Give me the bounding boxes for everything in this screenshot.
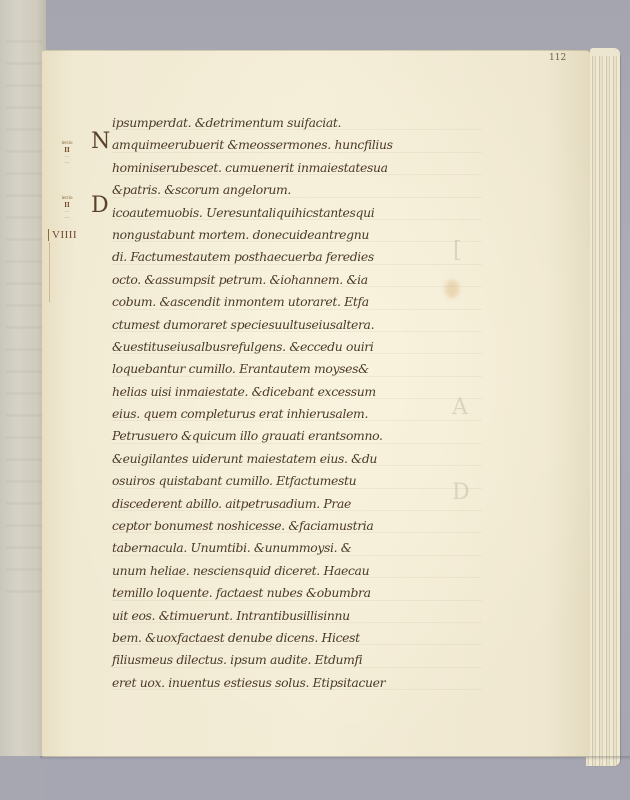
text-line: filiusmeus dilectus. ipsum audite. Etdum… [112,649,442,671]
text-line: nongustabunt mortem. donecuideantregnu [112,224,442,246]
margin-note-text: ... [46,160,88,166]
decorated-initial: N [91,131,110,153]
text-line: eret uox. inuentus estiesus solus. Etips… [112,672,442,694]
text-line: cobum. &ascendit inmontem utoraret. Etfa [112,291,442,313]
margin-note: lectio II ... ... [46,196,88,221]
margin-note-numeral: II [46,147,88,154]
text-line: &uestituseiusalbusrefulgens. &eccedu oui… [112,336,442,358]
text-line: unum heliae. nesciensquid diceret. Haeca… [112,560,442,582]
margin-note-text: ... [46,215,88,221]
text-line: hominiserubescet. cumuenerit inmaiestate… [112,157,442,179]
text-line: bem. &uoxfactaest denube dicens. Hicest [112,627,442,649]
text-line: Petrusuero &quicum illo grauati erantsom… [112,425,442,447]
left-facing-page [0,0,46,800]
manuscript-scan: 112 lectio II ... ... lectio II ... ... … [0,0,630,800]
text-line: amquimeerubuerit &meossermones. huncfili… [112,134,442,156]
decorated-initial: D [91,195,109,217]
text-line: discederent abillo. aitpetrusadium. Prae [112,493,442,515]
text-line: &euigilantes uiderunt maiestatem eius. &… [112,448,442,470]
text-line: osuiros quistabant cumillo. Etfactumestu [112,470,442,492]
text-line: eius. quem completurus erat inhierusalem… [112,403,442,425]
text-line: temillo loquente. factaest nubes &obumbr… [112,582,442,604]
show-through-letter: D [452,480,470,505]
folio-number: 112 [549,53,566,63]
margin-note: lectio II ... ... [46,141,88,166]
margin-note-numeral: II [46,202,88,209]
margin-rule [49,242,50,302]
text-column: ipsumperdat. &detrimentum suifaciat. amq… [112,112,442,694]
text-line: ipsumperdat. &detrimentum suifaciat. [112,112,442,134]
text-line: icoautemuobis. Ueresuntaliquihicstantesq… [112,202,442,224]
text-line: di. Factumestautem posthaecuerba feredie… [112,246,442,268]
text-line: uit eos. &timuerunt. Intrantibusillisinn… [112,605,442,627]
text-line: octo. &assumpsit petrum. &iohannem. &ia [112,269,442,291]
text-line: &patris. &scorum angelorum. [112,179,442,201]
text-line: loquebantur cumillo. Erantautem moyses& [112,358,442,380]
text-line: ceptor bonumest noshicesse. &faciamustri… [112,515,442,537]
text-line: helias uisi inmaiestate. &dicebant exces… [112,381,442,403]
text-line: tabernacula. Unumtibi. &unummoysi. & [112,537,442,559]
page-shadow [40,756,630,760]
parchment-stain [445,280,459,298]
canon-number: VIIII [48,229,77,241]
book-fore-edge [586,52,620,766]
text-line: ctumest dumoraret speciesuultuseiusalter… [112,314,442,336]
book-fore-edge-top [590,48,620,56]
background-strip [0,756,46,800]
